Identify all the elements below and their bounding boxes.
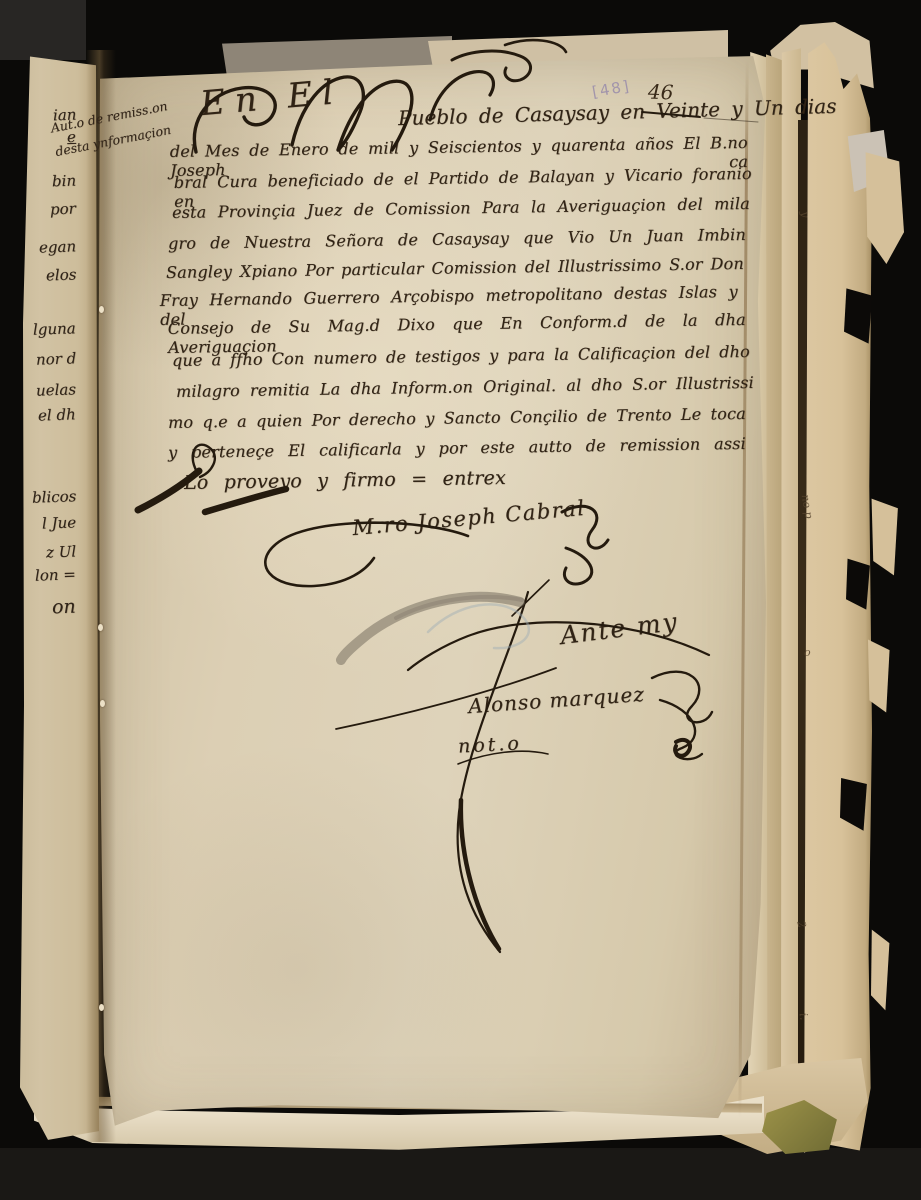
left-page-fragment: z Ul — [46, 542, 77, 561]
left-page-fragment: lon = — [35, 565, 76, 584]
binding-stitch — [98, 624, 103, 631]
backdrop-bottom-band — [0, 1148, 921, 1200]
left-page-fragment: blicos — [31, 487, 76, 507]
photo-scene: y no p o 2 i. ian e bin por egan elos lg… — [0, 0, 921, 1200]
left-page-fragment: lguna — [33, 319, 76, 338]
binding-stitch — [99, 306, 104, 313]
left-page-fragment: el dh — [38, 405, 76, 424]
paper-flake — [871, 497, 899, 577]
left-page-fragment: nor d — [35, 349, 76, 368]
left-page-fragment: l Jue — [42, 513, 77, 532]
left-page-fragment: elos — [45, 265, 76, 284]
edge-ink-mark: o — [804, 646, 811, 659]
left-page-fragment: por — [50, 200, 76, 219]
left-page-fragment: uelas — [36, 380, 77, 399]
paper-flake — [871, 928, 891, 1012]
left-page-fragment: egan — [39, 237, 77, 256]
binding-stitch — [99, 1004, 104, 1011]
binding-gutter — [86, 50, 116, 1142]
left-page-text-fragments: ian e bin por egan elos lguna nor d uela… — [0, 50, 90, 1142]
left-page-fragment: bin — [52, 172, 77, 191]
edge-ink-mark: y — [798, 211, 812, 219]
binding-stitch — [100, 700, 105, 707]
notary-abbreviation: not.o — [457, 732, 522, 757]
left-page-fragment: on — [52, 596, 76, 619]
